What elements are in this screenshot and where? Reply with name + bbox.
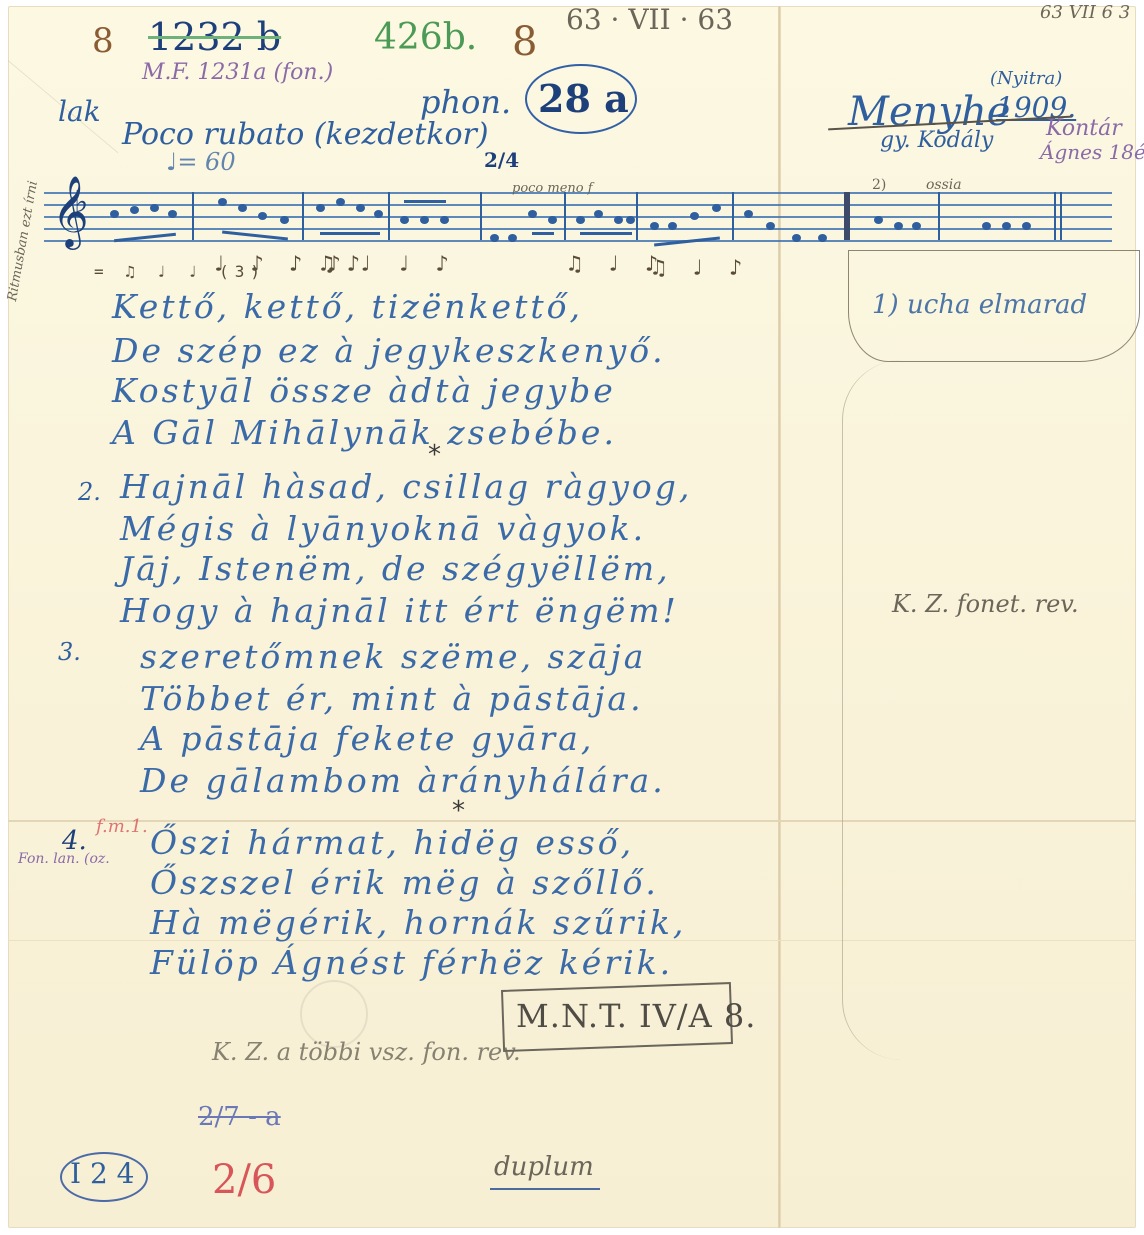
right-bracket-curve	[842, 360, 923, 1060]
music-staff	[44, 192, 1112, 240]
bottom-code: 2/6	[212, 1160, 276, 1200]
horizontal-fold-crease	[8, 820, 1136, 822]
verse-4-line-2: Őszszel érik mëg à szőllő.	[150, 866, 659, 899]
verse-4-left-margin-note: Fon. lan. (oz.	[18, 852, 110, 866]
singer-name-line1: Kontár	[1046, 118, 1122, 140]
date-stamp-right: 63 VII 6 3	[1040, 4, 1130, 22]
region-name: (Nyitra)	[990, 70, 1062, 88]
verse-3-line-1: szeretőmnek szëme, szāja	[140, 640, 646, 673]
rhythm-group-3: ♫ ♩ ♪	[568, 252, 664, 277]
tempo-marking: ♩= 60	[166, 150, 236, 174]
verse-4-red-margin-note: f.m.1.	[96, 818, 148, 836]
key-signature-flat: ♭	[74, 188, 88, 218]
variant-number: 2)	[872, 178, 886, 192]
lak-label: lak	[58, 98, 101, 126]
struck-catalog-number: 1232 b	[148, 18, 281, 56]
duplum-label: duplum	[494, 1154, 594, 1180]
rhythm-group-4: ♫ ♩ ♪	[652, 256, 748, 281]
footnote-text: 1) ucha elmarad	[872, 292, 1087, 318]
verse-3-number: 3.	[58, 640, 81, 664]
verse-4-line-3: Hà mëgérik, hornák szűrik,	[150, 906, 686, 939]
mf-reference: M.F. 1231a (fon.)	[142, 62, 333, 84]
bottom-pencil-note: K. Z. a többi vsz. fon. rev.	[212, 1040, 521, 1064]
verse-1-line-2: De szép ez à jegykeszkenyő.	[112, 334, 666, 367]
verse-4-line-1: Őszi hármat, hidëg esső,	[150, 826, 634, 859]
verse-3-line-4: De gālambom àrányhálára.	[140, 764, 666, 797]
time-signature-change: 2/4	[484, 150, 519, 170]
verse-1-line-4: A Gāl Mihālynāk zsebébe.	[112, 416, 617, 449]
tempo-heading: Poco rubato (kezdetkor)	[122, 120, 489, 150]
verse-1-line-1: Kettő, kettő, tizënkettő,	[112, 290, 583, 323]
verse-4-line-4: Fülöp Ágnést férhëz kérik.	[150, 946, 673, 979]
circled-code: I 2 4	[70, 1160, 135, 1188]
collector-name: gy. Kodály	[880, 130, 993, 152]
vertical-fold-crease	[778, 6, 781, 1228]
verse-1-line-3: Kostyāl össze àdtà jegybe	[112, 374, 616, 407]
performance-note: poco meno f	[512, 182, 593, 195]
verse-2-line-3: Jāj, Istenëm, de szégyëllëm,	[120, 552, 671, 585]
green-catalog-number: 426b.	[374, 20, 477, 56]
rhythm-group-2: ♫ ♩ ♩ ♪	[320, 252, 455, 277]
phon-label: phon.	[420, 86, 511, 118]
verse-2-line-4: Hogy à hajnāl itt ért ëngëm!	[120, 594, 679, 627]
struck-bottom-code: 2/7 - a	[198, 1104, 281, 1130]
duplum-underline	[490, 1188, 600, 1190]
header-left-digit: 8	[92, 24, 114, 58]
asterisk-mark: *	[428, 440, 441, 470]
date-stamp: 63 · VII · 63	[566, 6, 733, 34]
singer-name-line2: Ágnes 18é	[1040, 142, 1144, 162]
archive-reference: M.N.T. IV/A 8.	[516, 1000, 756, 1032]
verse-2-number: 2.	[78, 480, 101, 504]
brown-digit: 8	[512, 22, 537, 62]
verse-2-line-1: Hajnāl hàsad, csillag ràgyog,	[120, 470, 692, 503]
verse-3-line-3: A pāstāja fekete gyāra,	[140, 722, 594, 755]
verse-2-line-2: Mégis à lyānyoknā vàgyok.	[120, 512, 646, 545]
asterisk-mark: *	[452, 796, 465, 826]
ossia-label: ossia	[926, 178, 962, 192]
phon-number: 28 a	[538, 80, 629, 118]
verse-3-line-2: Többet ér, mint à pāstāja.	[140, 682, 644, 715]
